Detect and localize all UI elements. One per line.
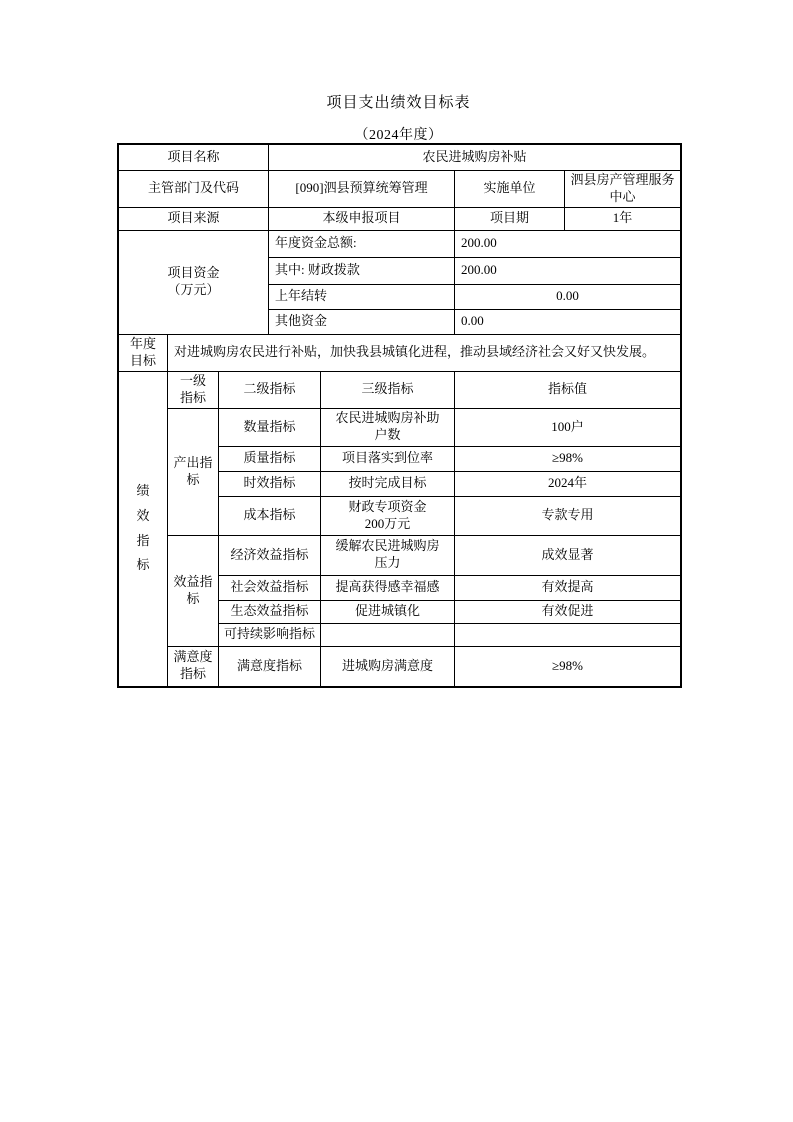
source-value: 本级申报项目: [269, 207, 455, 230]
project-name-label: 项目名称: [119, 145, 269, 171]
level1-header: 一级 指标: [168, 371, 219, 408]
funds-other-label: 其他资金: [269, 309, 455, 334]
indicator-level3-cell: 缓解农民进城购房 压力: [321, 535, 455, 575]
impl-unit-label: 实施单位: [455, 171, 565, 208]
indicator-level2-cell: 成本指标: [219, 496, 321, 535]
annual-goal-text: 对进城购房农民进行补贴，加快我县城镇化进程，推动县域经济社会又好又快发展。: [168, 334, 681, 371]
indicator-value-cell: 专款专用: [455, 496, 681, 535]
indicator-value-cell: ≥98%: [455, 646, 681, 686]
indicator-level3-cell: 促进城镇化: [321, 600, 455, 623]
indicator-level3-cell: 提高获得感幸福感: [321, 575, 455, 600]
performance-target-table: 项目名称 农民进城购房补贴 主管部门及代码 [090]泗县预算统筹管理 实施单位…: [117, 143, 682, 688]
indicator-value-cell: [455, 623, 681, 646]
indicators-table: 绩 效 指 标 一级 指标 二级指标 三级指标 指标值 产出指 标 数量指标 农…: [118, 371, 681, 687]
indicator-level3-cell: 农民进城购房补助 户数: [321, 408, 455, 446]
indicator-level3-cell: 按时完成目标: [321, 471, 455, 496]
indicator-level2-cell: 可持续影响指标: [219, 623, 321, 646]
indicator-level2-cell: 满意度指标: [219, 646, 321, 686]
basic-info-table: 项目名称 农民进城购房补贴 主管部门及代码 [090]泗县预算统筹管理 实施单位…: [118, 144, 681, 335]
dept-value: [090]泗县预算统筹管理: [269, 171, 455, 208]
dept-label: 主管部门及代码: [119, 171, 269, 208]
indicator-level3-cell: 项目落实到位率: [321, 446, 455, 471]
indicator-level3-cell: [321, 623, 455, 646]
indicator-level3-cell: 财政专项资金 200万元: [321, 496, 455, 535]
funds-carryover-label: 上年结转: [269, 284, 455, 309]
satisfaction-group-label: 满意度 指标: [168, 646, 219, 686]
project-name-value: 农民进城购房补贴: [269, 145, 681, 171]
document-page: 项目支出绩效目标表 （2024年度） 项目名称 农民进城购房补贴 主管部门及代码…: [0, 0, 793, 1122]
indicator-value-cell: 有效促进: [455, 600, 681, 623]
page-subtitle: （2024年度）: [117, 124, 680, 144]
indicator-level2-cell: 时效指标: [219, 471, 321, 496]
funds-total-value: 200.00: [455, 230, 681, 257]
source-label: 项目来源: [119, 207, 269, 230]
funds-carryover-value: 0.00: [455, 284, 681, 309]
funds-total-label: 年度资金总额:: [269, 230, 455, 257]
perf-section-label: 绩 效 指 标: [119, 371, 168, 686]
indicator-value-cell: 2024年: [455, 471, 681, 496]
funds-fiscal-value: 200.00: [455, 257, 681, 284]
indicator-level2-cell: 社会效益指标: [219, 575, 321, 600]
indicator-value-cell: ≥98%: [455, 446, 681, 471]
indicator-value-cell: 有效提高: [455, 575, 681, 600]
annual-goal-label: 年度 目标: [119, 334, 168, 371]
funds-other-value: 0.00: [455, 309, 681, 334]
indicator-value-cell: 成效显著: [455, 535, 681, 575]
indicator-level3-cell: 进城购房满意度: [321, 646, 455, 686]
benefit-group-label: 效益指 标: [168, 535, 219, 646]
indicator-level2-cell: 数量指标: [219, 408, 321, 446]
level2-header: 二级指标: [219, 371, 321, 408]
funds-label: 项目资金 （万元）: [119, 230, 269, 334]
funds-fiscal-label: 其中: 财政拨款: [269, 257, 455, 284]
period-value: 1年: [565, 207, 681, 230]
period-label: 项目期: [455, 207, 565, 230]
value-header: 指标值: [455, 371, 681, 408]
impl-unit-value: 泗县房产管理服务 中心: [565, 171, 681, 208]
annual-goal-table: 年度 目标 对进城购房农民进行补贴，加快我县城镇化进程，推动县域经济社会又好又快…: [118, 334, 681, 372]
page-title: 项目支出绩效目标表: [117, 91, 680, 112]
indicator-level2-cell: 经济效益指标: [219, 535, 321, 575]
indicator-level2-cell: 生态效益指标: [219, 600, 321, 623]
indicator-value-cell: 100户: [455, 408, 681, 446]
output-group-label: 产出指 标: [168, 408, 219, 535]
level3-header: 三级指标: [321, 371, 455, 408]
indicator-level2-cell: 质量指标: [219, 446, 321, 471]
